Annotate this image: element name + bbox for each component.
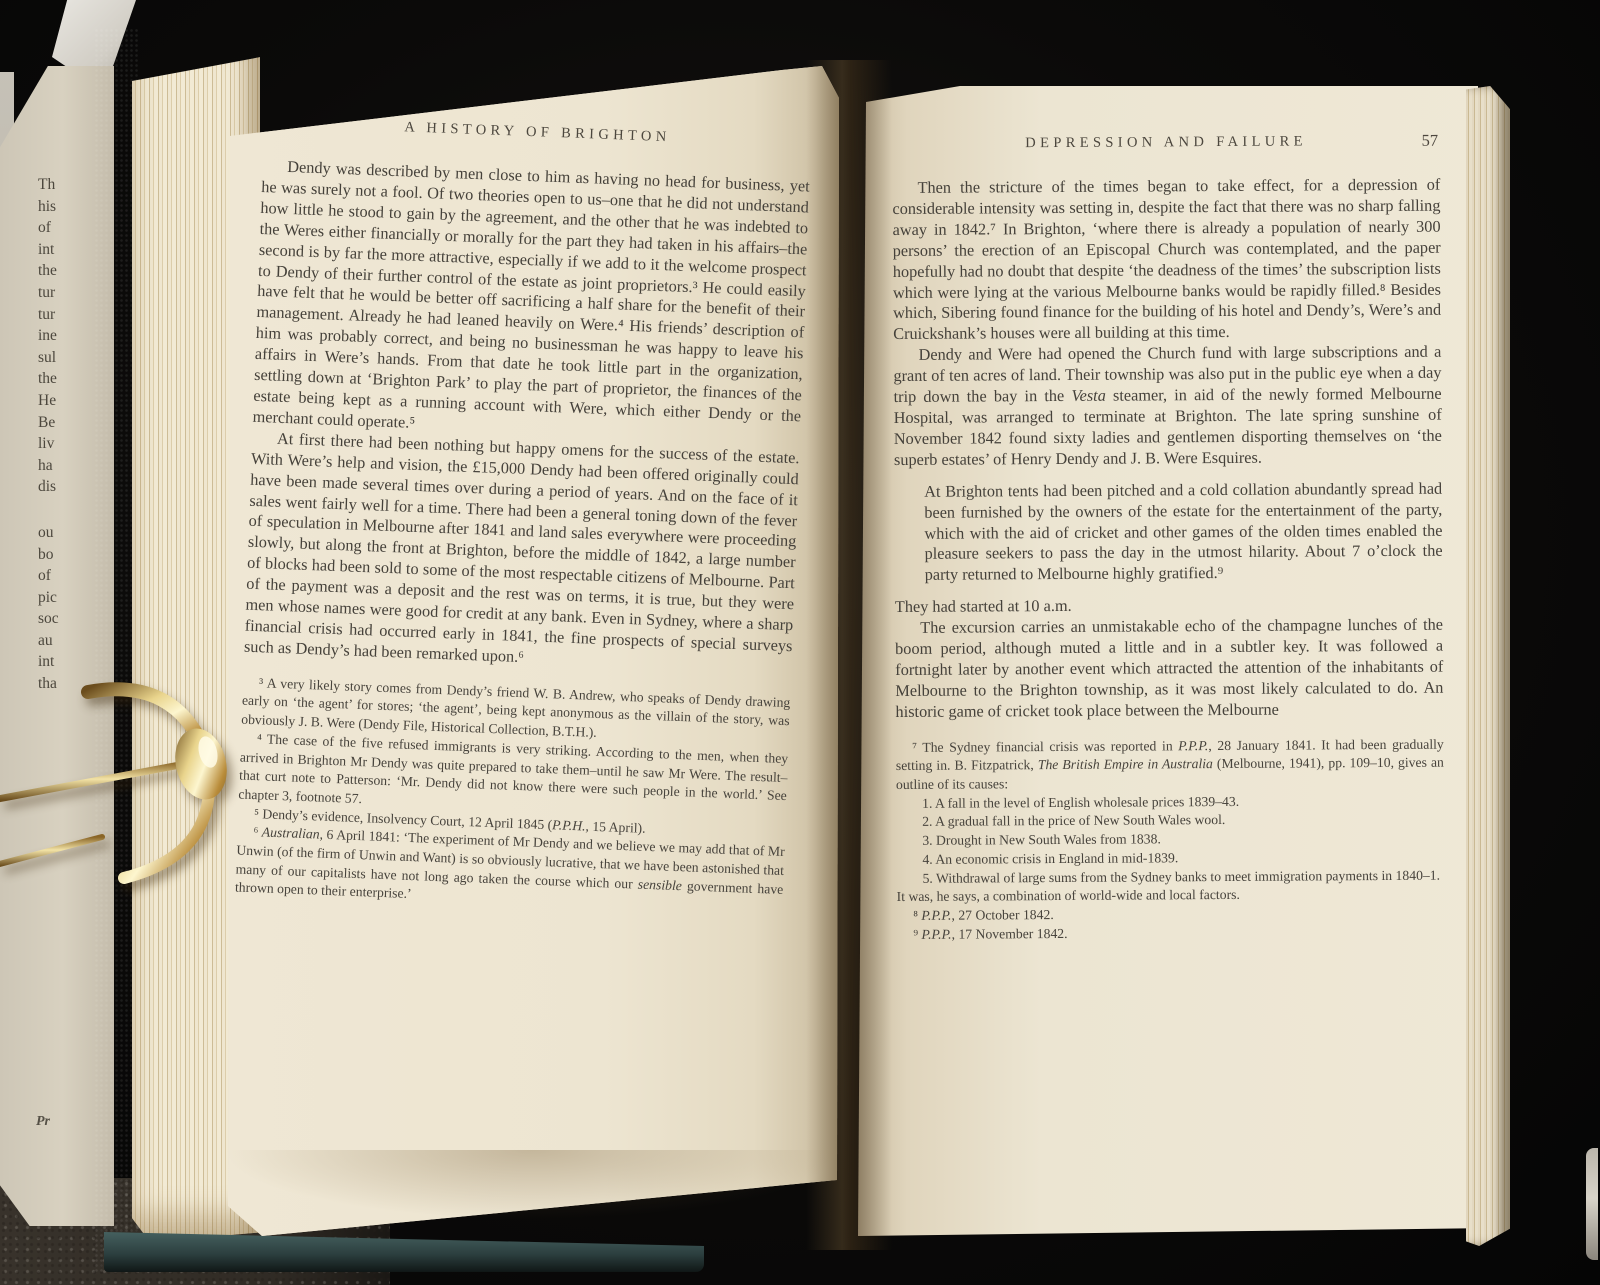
left-paragraph-2: At first there had been nothing but happ… bbox=[244, 428, 800, 678]
back-cover-highlight bbox=[1586, 1148, 1598, 1260]
flap-fragment: sul bbox=[38, 347, 59, 369]
right-paragraph-1: Then the stricture of the times began to… bbox=[892, 175, 1441, 346]
flap-fragment: pic bbox=[38, 587, 59, 609]
flap-fragment: liv bbox=[38, 433, 59, 455]
flap-paragraph-gap bbox=[38, 498, 59, 522]
brass-page-clip bbox=[0, 648, 310, 948]
flap-fragment: int bbox=[38, 239, 59, 261]
flap-fragment: ine bbox=[38, 325, 59, 347]
right-fore-edge-page-stack bbox=[1466, 86, 1510, 1246]
right-page: DEPRESSION AND FAILURE 57 Then the stric… bbox=[840, 70, 1512, 1255]
open-book-photo: Th his of int the tur tur ine sul the He… bbox=[0, 0, 1600, 1285]
right-page-number: 57 bbox=[1421, 131, 1438, 151]
block-quote: At Brighton tents had been pitched and a… bbox=[924, 478, 1443, 586]
flap-fragment: ou bbox=[38, 522, 59, 544]
flap-fragment: He bbox=[38, 390, 59, 412]
flap-fragment: his bbox=[38, 196, 59, 218]
right-page-text: DEPRESSION AND FAILURE 57 Then the stric… bbox=[892, 133, 1445, 945]
flap-fragment: Th bbox=[38, 174, 59, 196]
left-paragraph-1: Dendy was described by men close to him … bbox=[252, 156, 810, 448]
flap-fragment: Be bbox=[38, 412, 59, 434]
flap-fragment: of bbox=[38, 217, 59, 239]
footnote-9: ⁹ P.P.P., 17 November 1842. bbox=[897, 922, 1445, 944]
footnote-7: ⁷ The Sydney financial crisis was report… bbox=[896, 735, 1444, 794]
flap-fragment: of bbox=[38, 565, 59, 587]
flap-fragment: dis bbox=[38, 476, 59, 498]
right-running-head: DEPRESSION AND FAILURE 57 bbox=[892, 133, 1440, 158]
left-page-text: 56 A HISTORY OF BRIGHTON Dendy was descr… bbox=[235, 114, 812, 918]
left-running-title: A HISTORY OF BRIGHTON bbox=[263, 114, 811, 152]
clip-wire-upper bbox=[0, 762, 196, 800]
left-page-number: 56 bbox=[267, 112, 284, 133]
flap-fragment: soc bbox=[38, 608, 59, 630]
flap-fragment: bo bbox=[38, 544, 59, 566]
flap-fragment: the bbox=[38, 368, 59, 390]
right-running-title: DEPRESSION AND FAILURE bbox=[892, 133, 1440, 153]
flap-text-fragments: Th his of int the tur tur ine sul the He… bbox=[38, 174, 59, 695]
right-paragraph-4: The excursion carries an unmistakable ec… bbox=[895, 615, 1444, 723]
flap-fragment: tur bbox=[38, 304, 59, 326]
left-footnotes: ³ A very likely story comes from Dendy’s… bbox=[235, 673, 791, 918]
flap-fragment: tur bbox=[38, 282, 59, 304]
flap-fragment: ha bbox=[38, 455, 59, 477]
footnote-7-item-5: 5. Withdrawal of large sums from the Syd… bbox=[896, 866, 1444, 888]
flap-printer-line: Pr bbox=[36, 1114, 50, 1130]
left-page: 56 A HISTORY OF BRIGHTON Dendy was descr… bbox=[222, 58, 840, 1243]
flap-fragment: the bbox=[38, 260, 59, 282]
clip-body bbox=[168, 723, 234, 805]
right-footnotes: ⁷ The Sydney financial crisis was report… bbox=[896, 735, 1445, 944]
left-running-head: 56 A HISTORY OF BRIGHTON bbox=[263, 114, 811, 157]
book-cover-bottom-edge bbox=[104, 1232, 704, 1272]
right-paragraph-2: Dendy and Were had opened the Church fun… bbox=[893, 342, 1442, 471]
clip-wire-lower bbox=[0, 837, 102, 866]
